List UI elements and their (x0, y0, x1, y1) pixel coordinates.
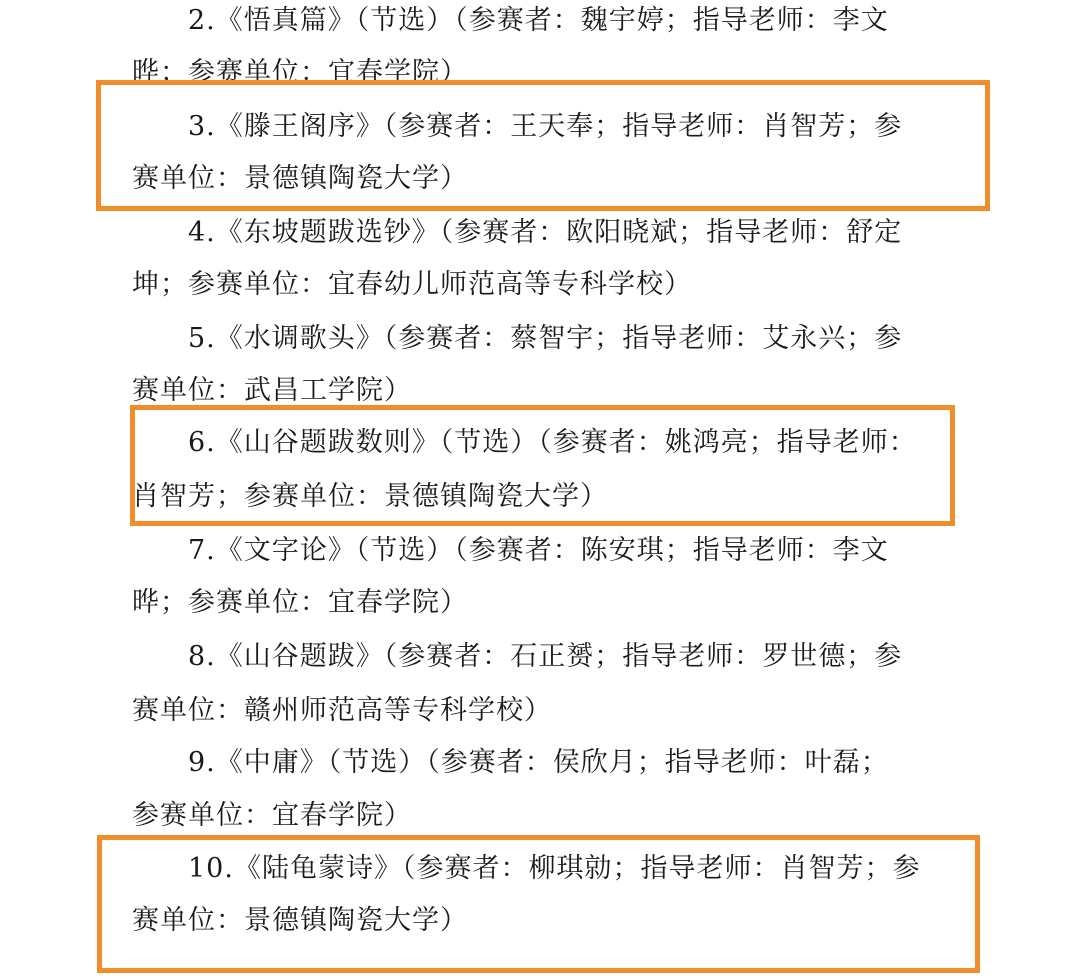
entry-10-line1: 10.《陆龟蒙诗》（参赛者：柳琪勍；指导老师：肖智芳；参 (188, 852, 920, 886)
entry-5-line1: 5.《水调歌头》（参赛者：蔡智宇；指导老师：艾永兴；参 (188, 322, 902, 356)
entry-10-line2: 赛单位：景德镇陶瓷大学） (132, 904, 468, 938)
entry-5-line2: 赛单位：武昌工学院） (132, 374, 412, 408)
entry-8-line2: 赛单位：赣州师范高等专科学校） (132, 694, 552, 728)
entry-4-line2: 坤；参赛单位：宜春幼儿师范高等专科学校） (132, 268, 692, 302)
entry-9-line1: 9.《中庸》（节选）（参赛者：侯欣月；指导老师：叶磊； (188, 746, 889, 780)
entry-6-line1: 6.《山谷题跋数则》（节选）（参赛者：姚鸿亮；指导老师： (188, 426, 917, 460)
entry-6-line2: 肖智芳；参赛单位：景德镇陶瓷大学） (132, 480, 608, 514)
entry-9-line2: 参赛单位：宜春学院） (132, 799, 412, 833)
entry-2-line1: 2.《悟真篇》（节选）（参赛者：魏宇婷；指导老师：李文 (188, 4, 889, 38)
entry-3-line2: 赛单位：景德镇陶瓷大学） (132, 162, 468, 196)
entry-4-line1: 4.《东坡题跋选钞》（参赛者：欧阳晓斌；指导老师：舒定 (188, 216, 902, 250)
entry-7-line1: 7.《文字论》（节选）（参赛者：陈安琪；指导老师：李文 (188, 534, 889, 568)
entry-7-line2: 晔；参赛单位：宜春学院） (132, 586, 468, 620)
entry-8-line1: 8.《山谷题跋》（参赛者：石正赟；指导老师：罗世德；参 (188, 640, 902, 674)
entry-3-line1: 3.《滕王阁序》（参赛者：王天奉；指导老师：肖智芳；参 (188, 110, 902, 144)
